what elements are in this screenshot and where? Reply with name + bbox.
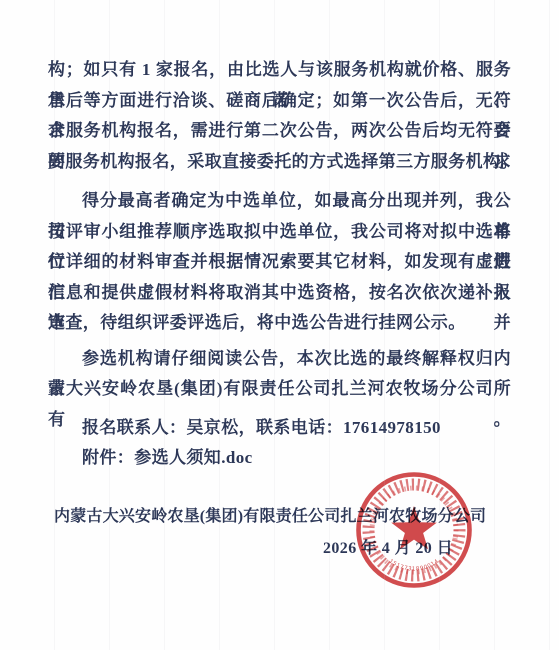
body-line: 古大兴安岭农垦(集团)有限责任公司扎兰河农牧场分公司所有。 — [48, 374, 511, 405]
paragraph-selection-procedure: 构；如只有 1 家报名，由比选人与该服务机构就价格、服务承诺、 售后等方面进行洽… — [48, 55, 511, 177]
body-line: 按评审小组推荐顺序选取拟中选单位，我公司将对拟中选单位进 — [48, 217, 511, 248]
body-line: 审查，待组织评委评选后，将中选公告进行挂网公示。 — [48, 308, 511, 339]
body-line: 参选机构请仔细阅读公告，本次比选的最终解释权归内蒙 — [48, 344, 511, 375]
body-line: 求服务机构报名，需进行第二次公告，两次公告后均无符合要求 — [48, 116, 511, 147]
body-line: 的服务机构报名，采取直接委托的方式选择第三方服务机构。 — [48, 147, 511, 178]
body-line: 构；如只有 1 家报名，由比选人与该服务机构就价格、服务承诺、 — [48, 55, 511, 86]
body-line: 行详细的材料审查并根据情况索要其它材料，如发现有虚假汇报 — [48, 247, 511, 278]
body-line: 得分最高者确定为中选单位，如最高分出现并列，我公司将 — [48, 186, 511, 217]
paragraph-winner-determination: 得分最高者确定为中选单位，如最高分出现并列，我公司将 按评审小组推荐顺序选取拟中… — [48, 186, 511, 339]
body-line: 售后等方面进行洽谈、磋商后确定；如第一次公告后，无符合要 — [48, 86, 511, 117]
body-line: 信息和提供虚假材料将取消其中选资格，按名次依次递补入选并 — [48, 278, 511, 309]
official-seal: 1517731890014 — [352, 468, 476, 594]
red-star-icon — [391, 506, 437, 549]
paragraph-final-interpretation: 参选机构请仔细阅读公告，本次比选的最终解释权归内蒙 古大兴安岭农垦(集团)有限责… — [48, 344, 511, 405]
